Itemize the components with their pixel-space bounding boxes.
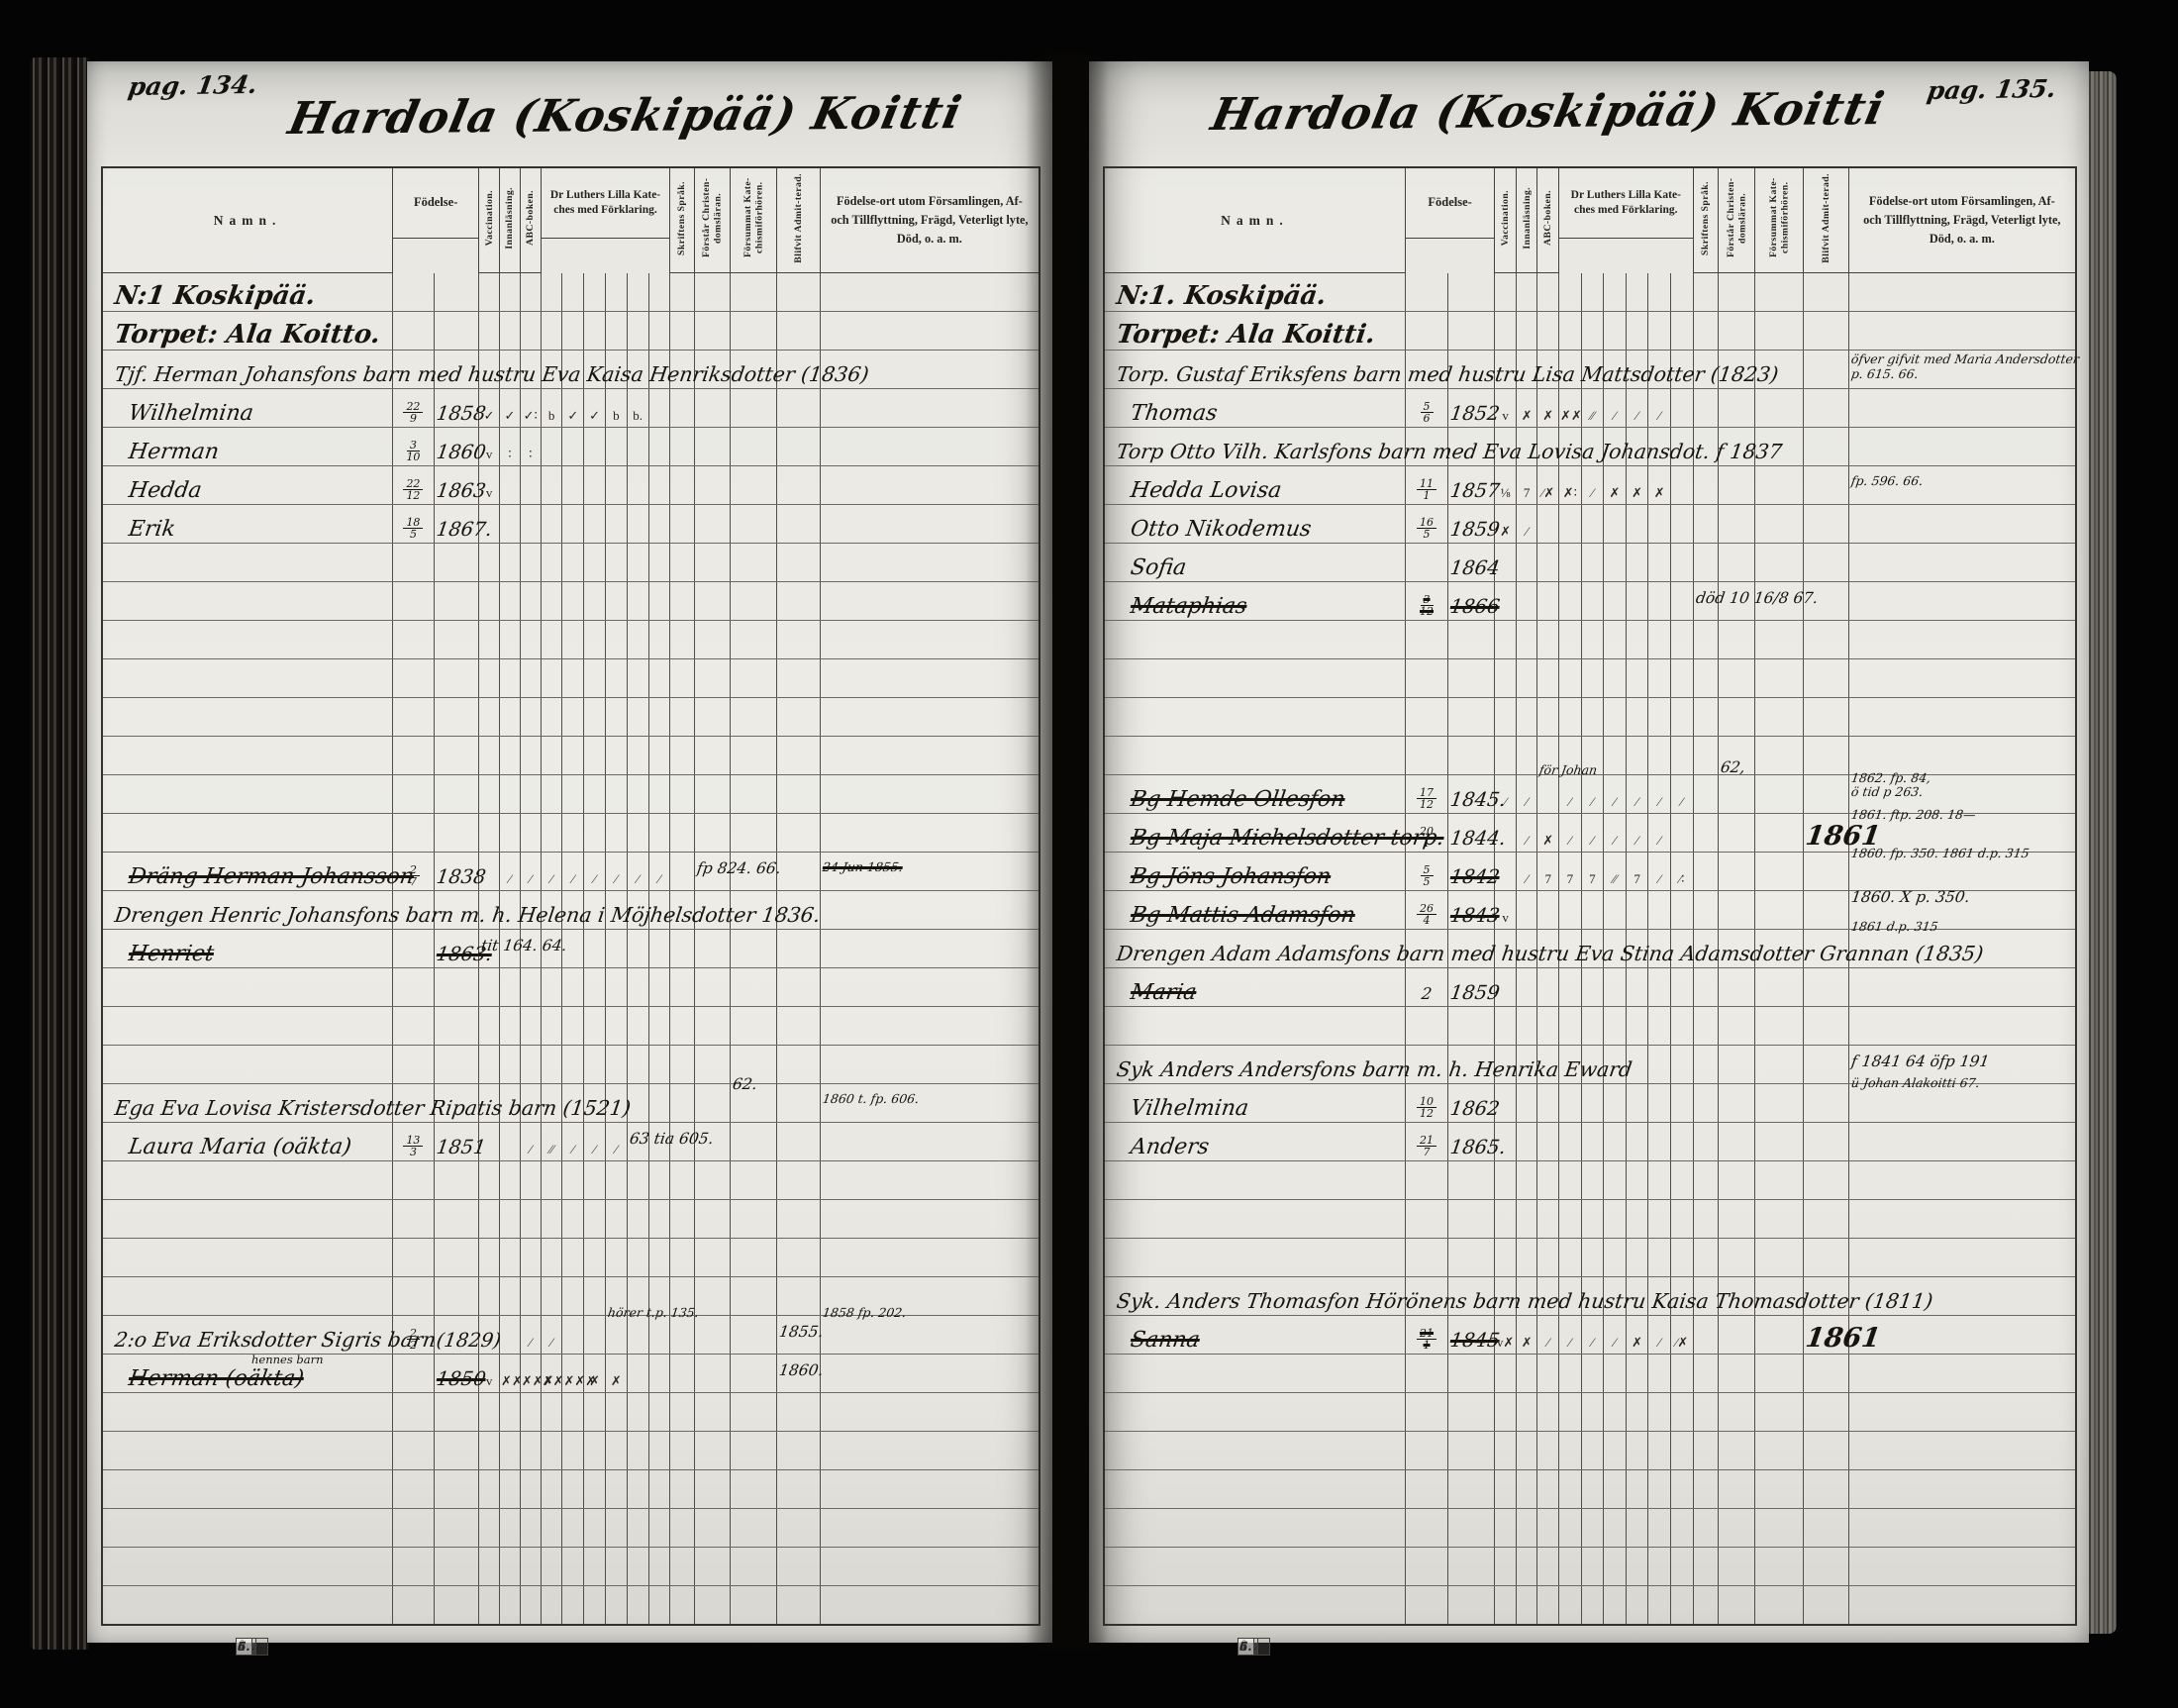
mark-cell-abc — [520, 1277, 541, 1316]
mark-cell-innan: ∕ — [1516, 853, 1537, 891]
span: 7 — [1424, 1147, 1431, 1158]
mark-cell-k1 — [541, 273, 562, 312]
cell-forstar — [1719, 1432, 1755, 1470]
mark-cell-k3: ∕ — [1604, 775, 1627, 814]
cell-notes — [1848, 621, 2076, 659]
mark-cell-k3 — [1604, 544, 1627, 582]
exam-mark: v — [1502, 910, 1509, 925]
cell-forstar — [1719, 1200, 1755, 1239]
cell-forstar — [694, 1432, 730, 1470]
mark-cell-k2 — [1581, 1432, 1604, 1470]
table-row — [102, 698, 1039, 737]
cell-notes — [1848, 968, 2076, 1007]
cell-blifvit — [777, 582, 821, 621]
exam-mark: ∕ — [1614, 833, 1616, 848]
mark-cell-vacc — [479, 1548, 500, 1586]
birth-day-cell — [1405, 544, 1447, 582]
cell-forstar — [1719, 1161, 1755, 1200]
name-cell: Drengen Adam Adamsfons barn med hustru E… — [1104, 930, 1405, 968]
mark-cell-k1 — [541, 1470, 562, 1509]
mark-cell-k2: ∕ — [1581, 814, 1604, 853]
birth-day-cell — [393, 1393, 435, 1432]
cell-notes: fp. 596. 66. — [1848, 466, 2076, 505]
mark-cell-k2 — [1581, 1355, 1604, 1393]
mark-cell-k3 — [1604, 891, 1627, 930]
mark-cell-abc — [520, 1046, 541, 1084]
birth-day-cell — [1405, 312, 1447, 351]
mark-cell-k5 — [1648, 273, 1671, 312]
cell-forsummat — [1755, 1432, 1804, 1470]
mark-cell-vacc — [479, 853, 500, 891]
cell-blifvit — [1804, 1046, 1848, 1084]
cell-skrift — [670, 621, 695, 659]
mark-cell-k4 — [1626, 1393, 1648, 1432]
birth-day-cell — [393, 968, 435, 1007]
name-cell — [102, 968, 393, 1007]
table-row: Torpet: Ala Koitti. — [1104, 312, 2076, 351]
name-cell: Thomas — [1104, 389, 1405, 428]
mark-cell-innan — [1516, 1548, 1537, 1586]
cell-notes — [1848, 698, 2076, 737]
cell-skrift — [670, 1432, 695, 1470]
name-cell — [102, 1432, 393, 1470]
exam-mark: ✗ — [1500, 524, 1511, 539]
mark-cell-k6 — [1670, 1470, 1693, 1509]
birth-day-cell — [393, 775, 435, 814]
mark-cell-k5 — [1648, 698, 1671, 737]
col-anteckningar: Födelse-ort utom Församlingen, Af- och T… — [1848, 167, 2076, 273]
birth-day-cell — [393, 1161, 435, 1200]
mark-cell-abc — [1537, 1470, 1559, 1509]
cell-forstar — [1719, 1548, 1755, 1586]
mark-cell-k6 — [648, 1239, 670, 1277]
mark-cell-abc — [520, 1161, 541, 1200]
table-row: Torpet: Ala Koitto. — [102, 312, 1039, 351]
mark-cell-k2 — [1581, 1161, 1604, 1200]
mark-cell-vacc — [479, 1046, 500, 1084]
mark-cell-k2: ∕∕ — [1581, 389, 1604, 428]
entry-name: Erik — [111, 519, 176, 541]
mark-cell-vacc: ∕ — [479, 1316, 500, 1355]
cell-forsummat — [730, 1393, 776, 1432]
table-row — [1104, 1509, 2076, 1548]
mark-cell-k6 — [1670, 273, 1693, 312]
exam-mark: b — [548, 408, 555, 423]
margin-note: 1860 t. fp. 606. — [822, 1092, 920, 1106]
mark-cell-k1 — [541, 544, 562, 582]
birth-day-cell: 111 — [1405, 466, 1447, 505]
exam-mark: ∕ — [1658, 833, 1660, 848]
mark-cell-k1: ✗✗ — [541, 1355, 562, 1393]
cell-skrift — [1693, 621, 1719, 659]
table-row — [102, 582, 1039, 621]
cell-skrift — [670, 1355, 695, 1393]
cell-skrift — [1693, 1084, 1719, 1123]
cell-forstar — [1719, 1123, 1755, 1161]
mark-cell-vacc: v — [479, 428, 500, 466]
entry-name: Bg Maja Michelsdotter torp. — [1113, 828, 1445, 850]
birth-day-cell — [393, 544, 435, 582]
cell-forsummat — [1755, 698, 1804, 737]
mark-cell-k6 — [648, 1316, 670, 1355]
mark-cell-k2 — [562, 582, 584, 621]
mark-cell-abc — [520, 273, 541, 312]
birth-year-cell — [434, 1432, 478, 1470]
table-row: Sofia1864 — [1104, 544, 2076, 582]
birth-day-cell — [393, 273, 435, 312]
birth-day-cell — [1405, 1470, 1447, 1509]
birth-year-cell — [434, 582, 478, 621]
mark-cell-vacc — [1495, 1509, 1517, 1548]
cell-notes — [820, 1007, 1039, 1046]
mark-cell-k6 — [648, 1432, 670, 1470]
table-row: Henriet1863.tit 164. 64. — [102, 930, 1039, 968]
entry-name: Laura Maria (oäkta) — [111, 1137, 352, 1158]
name-cell: Otto Nikodemus — [1104, 505, 1405, 544]
cell-forstar — [1719, 659, 1755, 698]
mark-cell-k2 — [1581, 1586, 1604, 1625]
cell-blifvit — [1804, 505, 1848, 544]
table-row — [102, 1432, 1039, 1470]
exam-mark: ∕ — [1614, 1335, 1616, 1350]
exam-mark: ∕ — [615, 871, 617, 886]
birth-year-cell — [434, 1007, 478, 1046]
mark-cell-k6 — [648, 466, 670, 505]
mark-cell-k3 — [584, 968, 606, 1007]
mark-cell-k5 — [1648, 1239, 1671, 1277]
mark-cell-k5 — [1648, 312, 1671, 351]
cell-blifvit — [1804, 853, 1848, 891]
name-cell — [102, 582, 393, 621]
mark-cell-k3 — [584, 1432, 606, 1470]
mark-cell-k4 — [606, 775, 628, 814]
name-cell — [102, 621, 393, 659]
cell-forsummat — [730, 582, 776, 621]
mark-cell-k6 — [648, 1200, 670, 1239]
birth-year-cell: 1862 — [1448, 1084, 1495, 1123]
parish-register-table-right: Namn. Födelse- Vaccination. Innanläsning… — [1103, 166, 2077, 1626]
margin-note: för Johan — [1538, 763, 1598, 777]
cell-skrift — [1693, 1586, 1719, 1625]
mark-cell-k3 — [1604, 1200, 1627, 1239]
mark-cell-k5 — [627, 968, 648, 1007]
table-row: Laura Maria (oäkta)1331851∕∕∕∕∕∕63 tia 6… — [102, 1123, 1039, 1161]
birth-year-cell — [1448, 1007, 1495, 1046]
cell-notes — [820, 891, 1039, 930]
name-cell — [1104, 1509, 1405, 1548]
birth-year-cell — [1448, 1355, 1495, 1393]
mark-cell-k5 — [627, 1432, 648, 1470]
mark-cell-vacc — [1495, 544, 1517, 582]
birth-year-cell: 1844. — [1448, 814, 1495, 853]
exam-mark: 7 — [1589, 871, 1596, 886]
birth-day-cell — [393, 1432, 435, 1470]
mark-cell-abc — [1537, 968, 1559, 1007]
table-row: N:1 Koskipää. — [102, 273, 1039, 312]
mark-cell-innan — [500, 273, 521, 312]
cell-forstar — [1719, 968, 1755, 1007]
mark-cell-k3 — [1604, 968, 1627, 1007]
cell-notes — [820, 1123, 1039, 1161]
cell-skrift — [1693, 1046, 1719, 1084]
cell-skrift — [670, 1393, 695, 1432]
birth-day-cell — [393, 1509, 435, 1548]
mark-cell-k3 — [584, 1239, 606, 1277]
mark-cell-k3 — [584, 621, 606, 659]
exam-mark: b. — [633, 408, 643, 423]
mark-cell-k4 — [606, 621, 628, 659]
mark-cell-k2 — [562, 621, 584, 659]
mark-cell-k6 — [648, 1084, 670, 1123]
mark-cell-abc — [520, 621, 541, 659]
name-cell — [102, 814, 393, 853]
mark-cell-k6 — [1670, 737, 1693, 775]
cell-skrift — [670, 698, 695, 737]
mark-cell-k1 — [541, 968, 562, 1007]
mark-cell-abc — [1537, 1548, 1559, 1586]
mark-cell-innan — [1516, 544, 1537, 582]
mark-cell-k5 — [1648, 1007, 1671, 1046]
mark-cell-k1 — [1559, 621, 1582, 659]
cell-blifvit — [777, 1239, 821, 1277]
cell-notes — [820, 698, 1039, 737]
table-row: Ega Eva Lovisa Kristersdotter Ripatis ba… — [102, 1084, 1039, 1123]
mark-cell-k6 — [648, 621, 670, 659]
cell-skrift — [670, 1239, 695, 1277]
mark-cell-vacc — [479, 1470, 500, 1509]
table-row — [102, 814, 1039, 853]
mark-cell-k1 — [541, 659, 562, 698]
birth-year-cell: 1838 — [434, 853, 478, 891]
col-abc-boken: ABC-boken. — [520, 167, 541, 273]
mark-cell-k1 — [1559, 1355, 1582, 1393]
mark-cell-abc — [1537, 544, 1559, 582]
mark-cell-k1 — [1559, 659, 1582, 698]
exam-mark: ∕ — [1569, 1335, 1571, 1350]
mark-cell-vacc — [1495, 1548, 1517, 1586]
cell-forstar — [1719, 814, 1755, 853]
mark-cell-innan — [500, 1509, 521, 1548]
entry-name: Torp. Gustaf Eriksfens barn med hustru L… — [1114, 364, 1780, 385]
cell-blifvit — [1804, 389, 1848, 428]
mark-cell-k3 — [584, 544, 606, 582]
exam-mark: ∕ — [1591, 1335, 1593, 1350]
mark-cell-k1 — [541, 1200, 562, 1239]
cell-blifvit — [1804, 775, 1848, 814]
cell-forsummat — [730, 389, 776, 428]
mark-cell-vacc — [1495, 582, 1517, 621]
exam-mark: ∕✗ — [1541, 485, 1554, 500]
mark-cell-vacc — [479, 1277, 500, 1316]
exam-mark: ∕ — [594, 1142, 596, 1156]
name-cell: Anders — [1104, 1123, 1405, 1161]
mark-cell-k5 — [627, 1161, 648, 1200]
name-cell: Bg Jöns Johansfon — [1104, 853, 1405, 891]
mark-cell-k5: ∕ — [1648, 775, 1671, 814]
mark-cell-k6 — [1670, 968, 1693, 1007]
mark-cell-k3 — [584, 1316, 606, 1355]
mark-cell-k2 — [1581, 1509, 1604, 1548]
mark-cell-k4 — [1626, 544, 1648, 582]
cell-forsummat — [1755, 659, 1804, 698]
cell-notes — [820, 1239, 1039, 1277]
mark-cell-k2 — [562, 1509, 584, 1548]
cell-blifvit — [777, 273, 821, 312]
birth-year-cell — [1448, 1509, 1495, 1548]
mark-cell-vacc — [479, 1200, 500, 1239]
cell-skrift — [1693, 853, 1719, 891]
mark-cell-k4 — [1626, 273, 1648, 312]
mark-cell-k3 — [1604, 1393, 1627, 1432]
birth-year-cell: 1843 — [1448, 891, 1495, 930]
margin-note: 62, — [1720, 759, 1746, 776]
mark-cell-k4 — [1626, 659, 1648, 698]
cell-forstar — [1719, 621, 1755, 659]
mark-cell-k6 — [648, 968, 670, 1007]
table-row: Torp Otto Vilh. Karlsfons barn med Eva L… — [1104, 428, 2076, 466]
birth-year: 1845 — [1449, 1331, 1501, 1351]
cell-forsummat — [730, 273, 776, 312]
page-left: pag. 134. Hardola (Koskipää) Koitti Namn… — [87, 61, 1052, 1643]
mark-cell-vacc — [1495, 1161, 1517, 1200]
mark-cell-k1 — [541, 1046, 562, 1084]
exam-mark: ∕ — [1635, 794, 1637, 809]
mark-cell-vacc — [479, 621, 500, 659]
name-cell: Syk Anders Andersfons barn m. h. Henrika… — [1104, 1046, 1405, 1084]
cell-notes — [1848, 1200, 2076, 1239]
cell-forstar — [1719, 1470, 1755, 1509]
name-cell: Dräng Herman Johansson — [102, 853, 393, 891]
mark-cell-k6 — [648, 273, 670, 312]
name-cell: Ega Eva Lovisa Kristersdotter Ripatis ba… — [102, 1084, 393, 1123]
mark-cell-abc — [520, 814, 541, 853]
birth-day: 229 — [403, 401, 423, 425]
table-row — [102, 968, 1039, 1007]
book-right-edge — [2087, 71, 2117, 1634]
mark-cell-innan — [500, 968, 521, 1007]
mark-cell-k6 — [1670, 1586, 1693, 1625]
mark-cell-innan — [1516, 1161, 1537, 1200]
mark-cell-k5 — [627, 582, 648, 621]
mark-cell-k5 — [627, 312, 648, 351]
cell-forsummat — [730, 1277, 776, 1316]
book-left-edge — [30, 57, 89, 1650]
cell-forstar — [694, 1355, 730, 1393]
cell-blifvit — [777, 544, 821, 582]
name-cell: Hedda — [102, 466, 393, 505]
mark-cell-k4 — [606, 466, 628, 505]
mark-cell-k2 — [562, 1007, 584, 1046]
mark-cell-k5 — [627, 1007, 648, 1046]
exam-mark: ∕ — [1591, 485, 1593, 500]
mark-cell-k3 — [1604, 1007, 1627, 1046]
cell-forsummat — [730, 698, 776, 737]
mark-cell-innan: 7 — [1516, 466, 1537, 505]
mark-cell-k1 — [1559, 312, 1582, 351]
mark-cell-k3 — [584, 312, 606, 351]
cell-notes — [1848, 582, 2076, 621]
cell-notes — [820, 273, 1039, 312]
mark-cell-k1 — [541, 1277, 562, 1316]
table-row — [1104, 659, 2076, 698]
mark-cell-k3 — [1604, 1123, 1627, 1161]
cell-forsummat — [730, 968, 776, 1007]
name-cell: N:1. Koskipää. — [1104, 273, 1405, 312]
col-vaccination: Vaccination. — [1495, 167, 1517, 273]
name-cell — [1104, 1586, 1405, 1625]
birth-year-cell — [434, 1509, 478, 1548]
cell-forstar — [694, 312, 730, 351]
cell-skrift — [1693, 698, 1719, 737]
mark-cell-abc — [520, 1432, 541, 1470]
birth-day-cell — [1405, 1007, 1447, 1046]
name-cell — [102, 1161, 393, 1200]
mark-cell-k2: 7 — [1581, 853, 1604, 891]
mark-cell-k1: ∕ — [541, 1316, 562, 1355]
cell-notes — [820, 1046, 1039, 1084]
mark-cell-k4: ∕ — [606, 1123, 628, 1161]
cell-forsummat — [730, 737, 776, 775]
mark-cell-k1 — [541, 505, 562, 544]
mark-cell-k4 — [1626, 1161, 1648, 1200]
mark-cell-k4: b — [606, 389, 628, 428]
margin-note: 24 Jun 1855. — [822, 860, 904, 874]
birth-year-cell — [1448, 312, 1495, 351]
mark-cell-abc — [1537, 1355, 1559, 1393]
mark-cell-k6 — [648, 1393, 670, 1432]
table-row — [102, 1239, 1039, 1277]
mark-cell-k2 — [562, 544, 584, 582]
mark-cell-k3 — [584, 1277, 606, 1316]
mark-cell-innan — [500, 1200, 521, 1239]
mark-cell-k2 — [1581, 1084, 1604, 1123]
cell-notes — [820, 1355, 1039, 1393]
mark-cell-k1 — [1559, 273, 1582, 312]
cell-blifvit — [777, 621, 821, 659]
margin-note: ü Johan Alakoitti 67. — [1850, 1076, 1980, 1090]
mark-cell-k1 — [1559, 1161, 1582, 1200]
mark-cell-k3 — [584, 1509, 606, 1548]
cell-blifvit — [1804, 1007, 1848, 1046]
mark-cell-k1 — [541, 775, 562, 814]
mark-cell-k6 — [1670, 466, 1693, 505]
cell-blifvit — [777, 389, 821, 428]
mark-cell-vacc — [479, 698, 500, 737]
cell-skrift — [670, 273, 695, 312]
cell-forsummat — [1755, 1123, 1804, 1161]
mark-cell-vacc: tit 164. 64. — [479, 930, 500, 968]
cell-blifvit — [777, 814, 821, 853]
exam-mark: ✓ — [567, 408, 578, 423]
table-row — [102, 775, 1039, 814]
mark-cell-k2 — [1581, 968, 1604, 1007]
mark-cell-vacc — [479, 775, 500, 814]
birth-year-cell — [1448, 1161, 1495, 1200]
span: 9 — [410, 413, 417, 425]
cell-blifvit — [777, 968, 821, 1007]
mark-cell-k5 — [627, 1586, 648, 1625]
birth-day-cell — [393, 698, 435, 737]
mark-cell-k1: b — [541, 389, 562, 428]
table-row: Otto Nikodemus1651859✗∕ — [1104, 505, 2076, 544]
name-cell: Hedda Lovisa — [1104, 466, 1405, 505]
cell-forstar — [694, 659, 730, 698]
cell-blifvit — [1804, 968, 1848, 1007]
mark-cell-abc — [520, 737, 541, 775]
mark-cell-k3 — [584, 1393, 606, 1432]
name-cell — [102, 1586, 393, 1625]
mark-cell-k5 — [1648, 505, 1671, 544]
